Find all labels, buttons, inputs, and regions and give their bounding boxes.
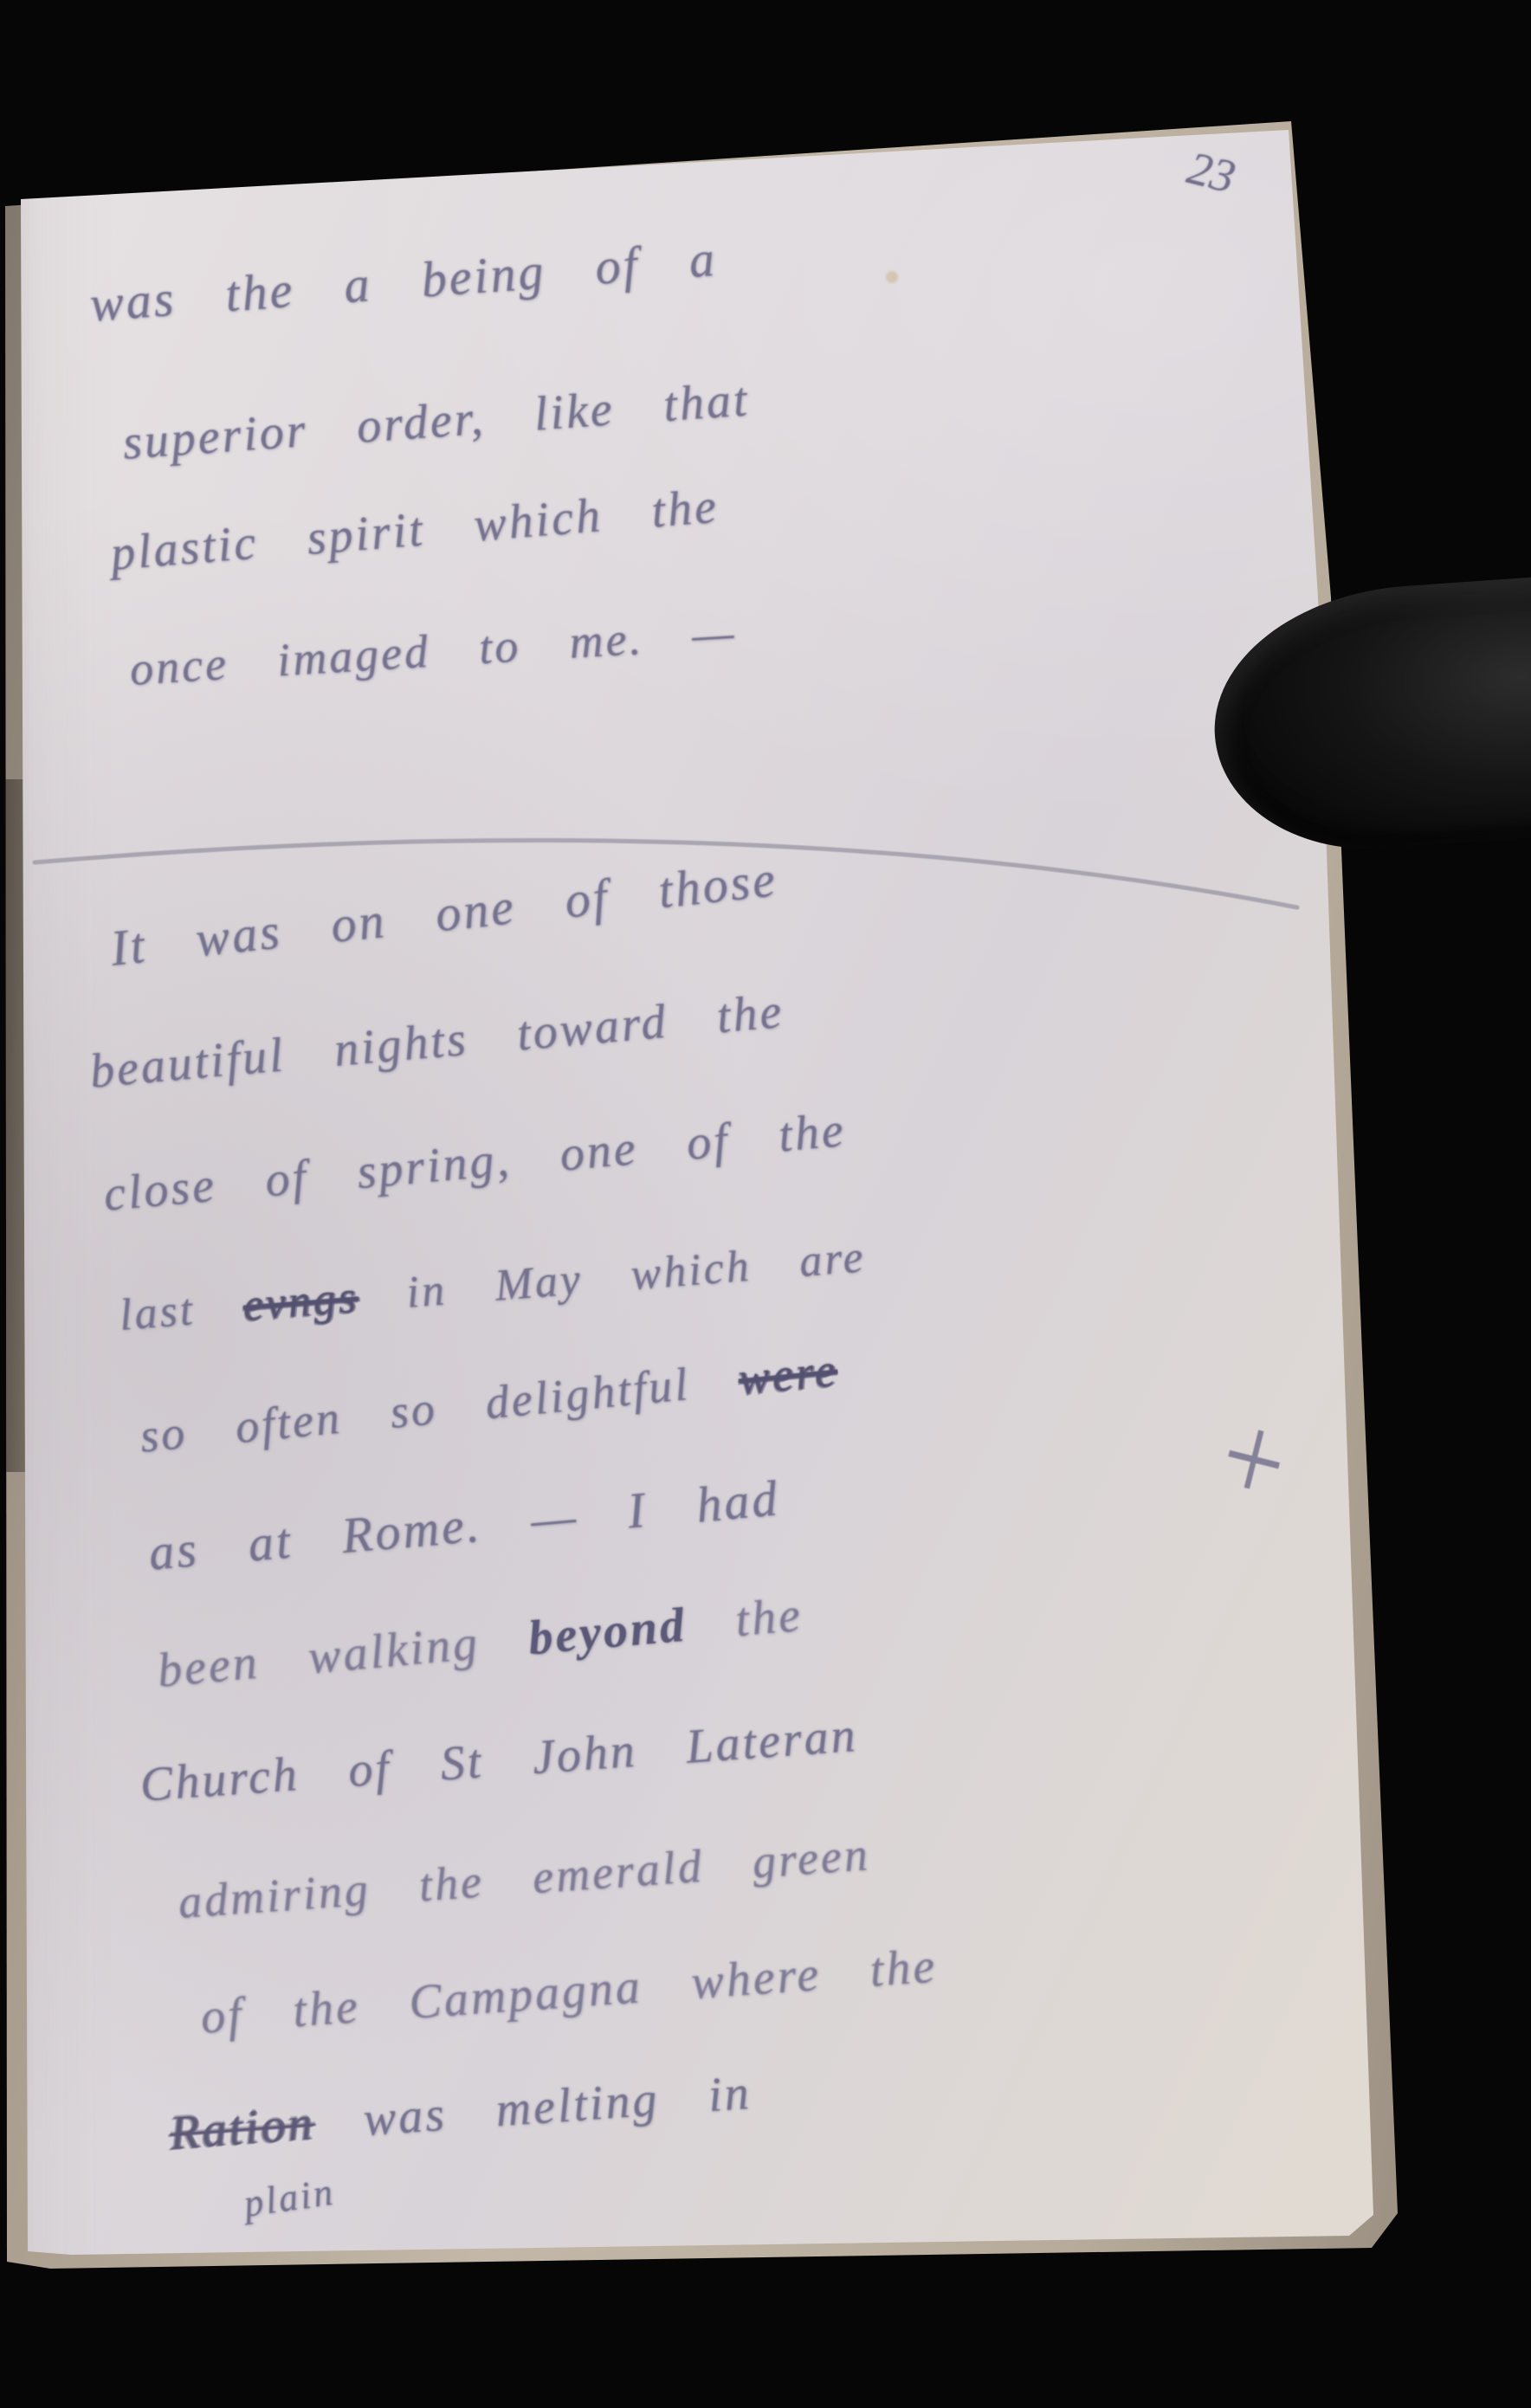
handwritten-line: as at Rome. — I had [146, 1469, 782, 1581]
photograph-of-notebook-page: 23 was the a being of a superior order, … [0, 0, 1531, 2408]
word-segment: so often so delightful [138, 1358, 692, 1462]
overwritten-word: Ration [168, 2096, 316, 2160]
handwritten-line: been walking beyond the [155, 1587, 804, 1699]
margin-cross-mark: + [1206, 1381, 1302, 1538]
handwritten-line: admiring the emerald green [177, 1827, 872, 1929]
word-segment: the [733, 1588, 805, 1648]
struck-word: evngs [241, 1272, 359, 1330]
struck-word: were [736, 1344, 840, 1405]
word-segment: last [118, 1285, 197, 1340]
word-segment: was melting in [362, 2066, 753, 2147]
handwritten-line: of the Campagna where the [199, 1939, 939, 2045]
handwritten-line: so often so delightful were [138, 1343, 840, 1463]
handwritten-line: was the a being of a [88, 229, 720, 333]
notebook-page: 23 was the a being of a superior order, … [0, 0, 1531, 2408]
handwritten-line: once imaged to me. — [128, 605, 738, 696]
word-segment: been walking [155, 1617, 481, 1698]
handwritten-line: last evngs in May which are [118, 1231, 868, 1341]
handwritten-line: beautiful nights toward the [87, 984, 786, 1100]
page-number: 23 [1182, 140, 1240, 203]
handwritten-line: Ration was melting in [168, 2065, 753, 2161]
word-segment: in May which are [404, 1232, 867, 1318]
handwritten-line: plain [241, 2170, 338, 2226]
handwritten-line: superior order, like that [121, 372, 752, 471]
inserted-word: beyond [526, 1598, 689, 1666]
handwritten-line: plastic spirit which the [108, 479, 720, 582]
handwritten-line: close of spring, one of the [101, 1102, 848, 1223]
handwritten-line: Church of St John Lateran [139, 1708, 860, 1813]
